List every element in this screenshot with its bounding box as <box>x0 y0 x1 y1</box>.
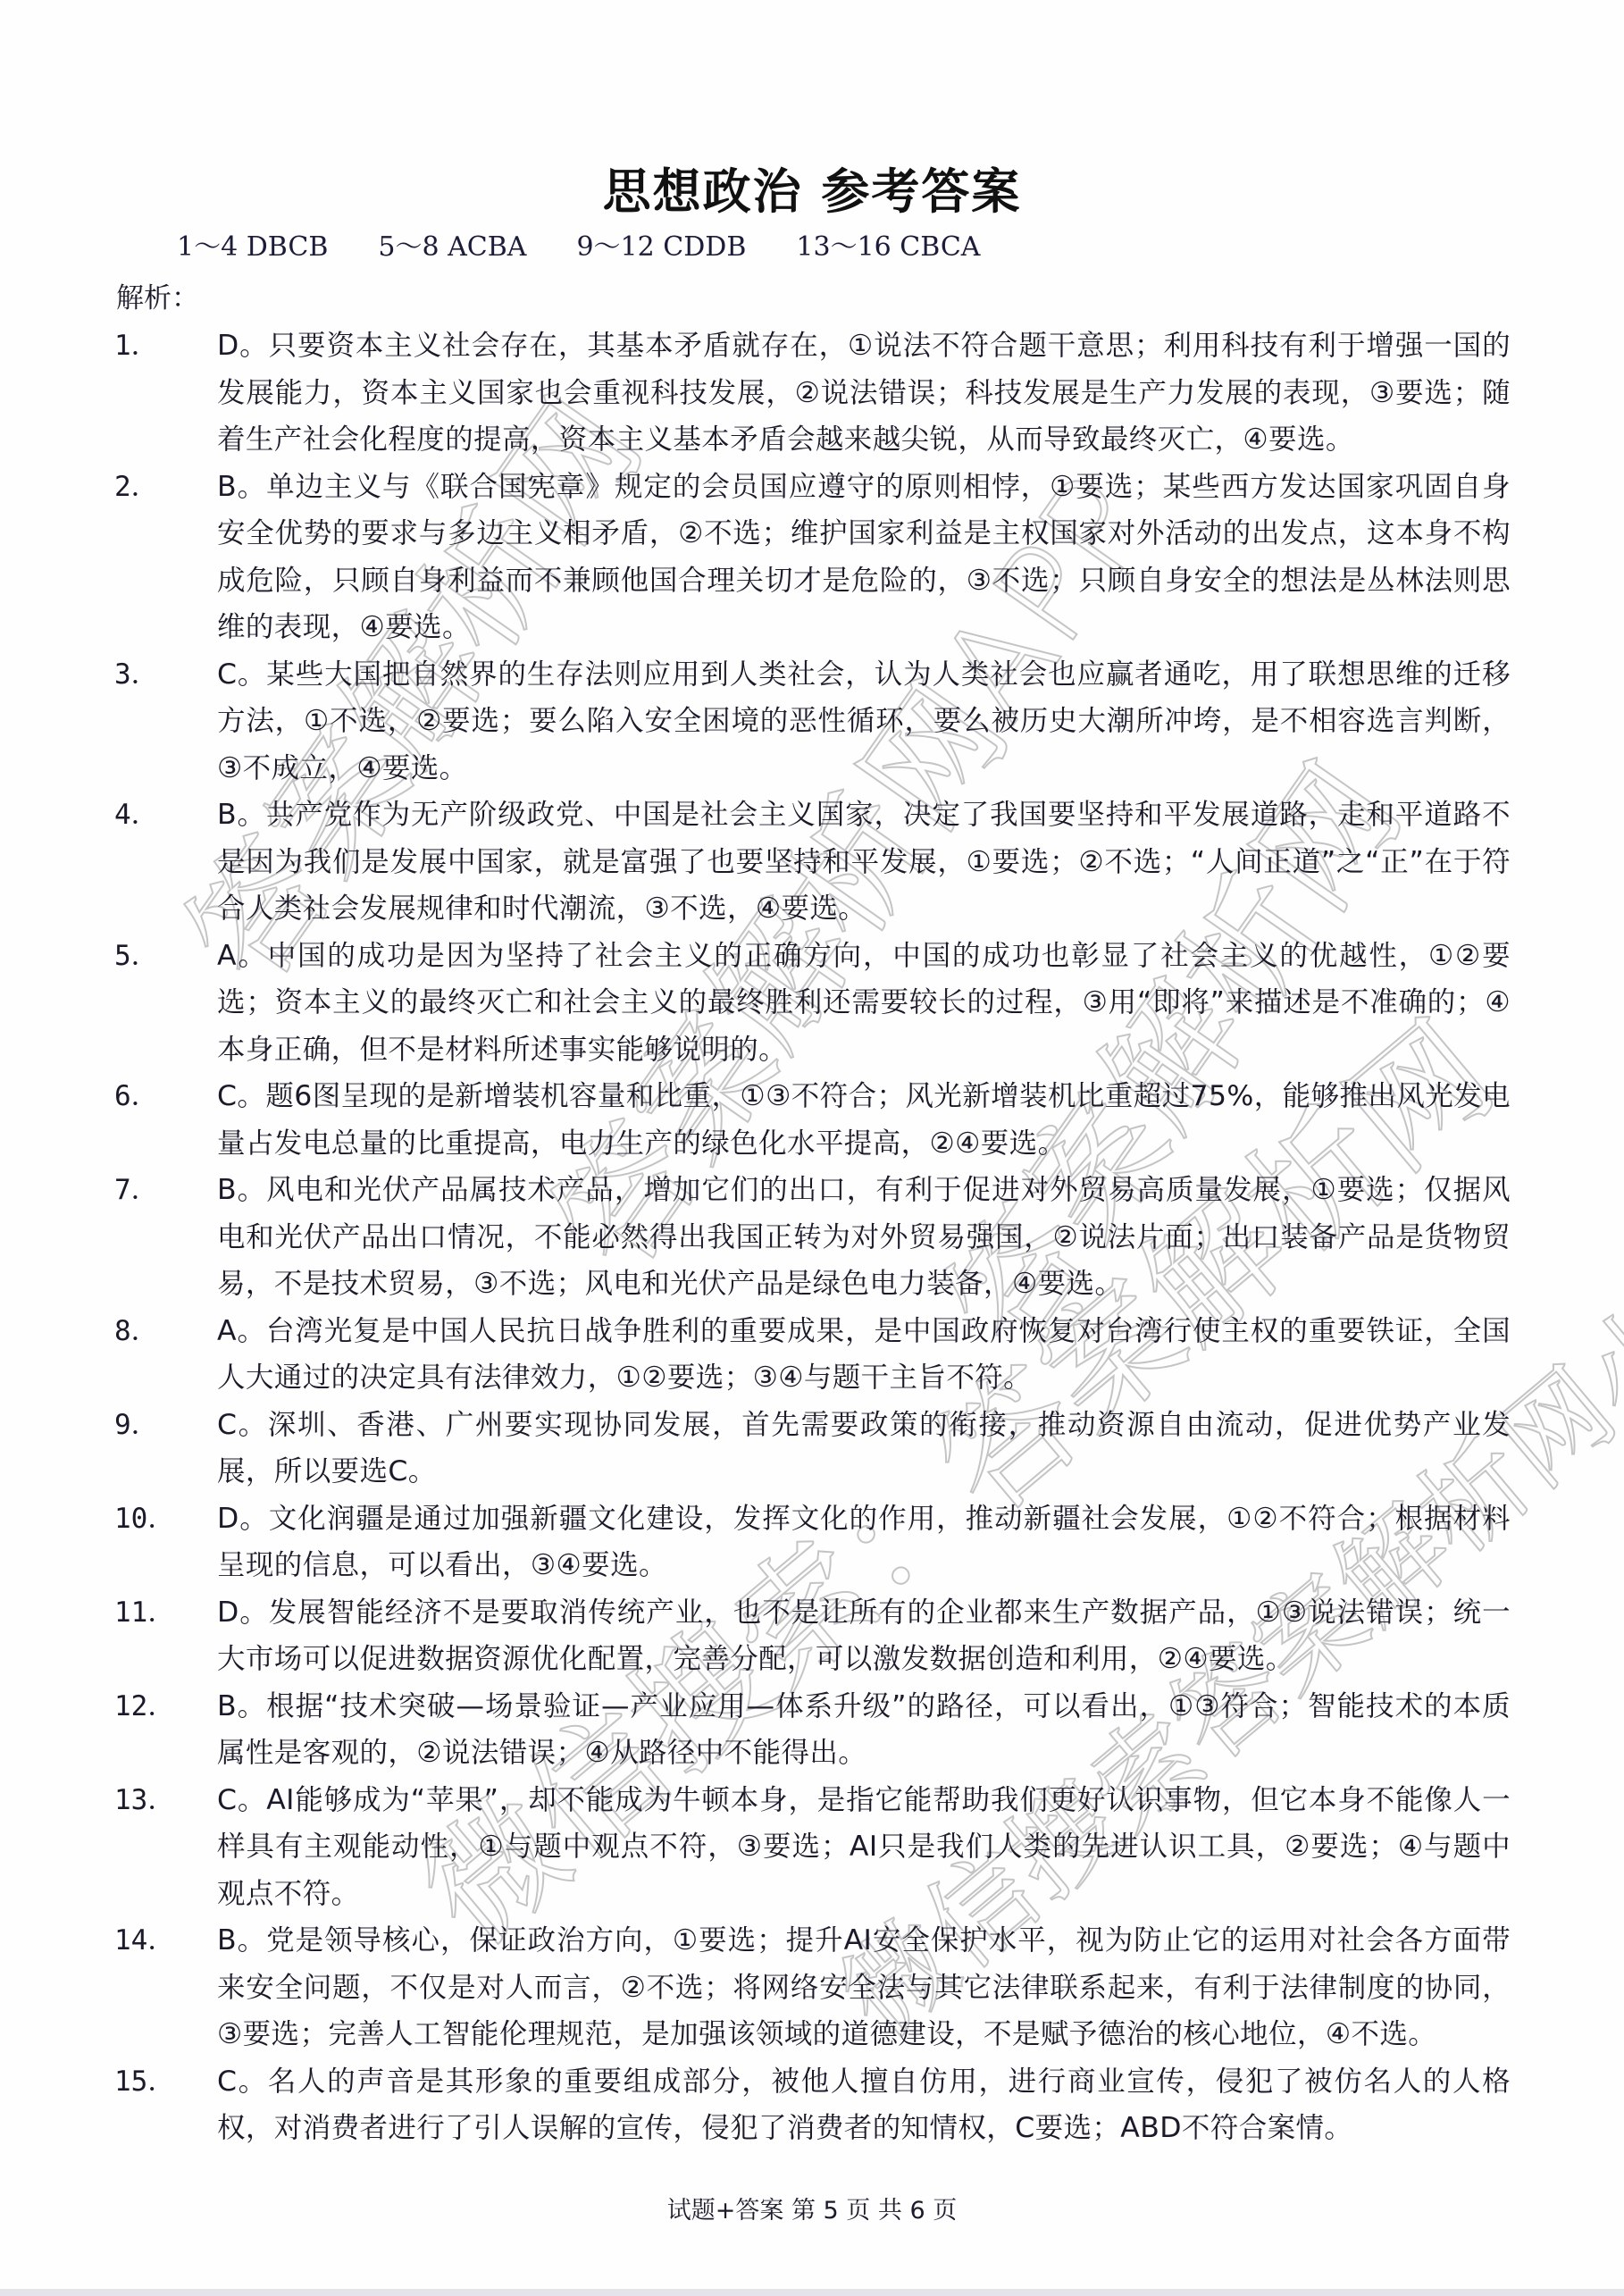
item-text: D。文化润疆是通过加强新疆文化建设，发挥文化的作用，推动新疆社会发展，①②不符合… <box>217 1496 1511 1589</box>
item-number: 13． <box>0 1777 217 1918</box>
item-number: 3． <box>0 651 217 792</box>
analysis-item: 12．B。根据“技术突破—场景验证—产业应用—体系升级”的路径，可以看出，①③符… <box>0 1683 1624 1777</box>
document-page: 答案解析网 答案解析网APP 答案解析网 微信搜索：答案解析网 微信搜索答案解析… <box>0 0 1624 2287</box>
item-text: B。风电和光伏产品属技术产品，增加它们的出口，有利于促进对外贸易高质量发展，①要… <box>217 1167 1511 1308</box>
item-number: 2． <box>0 464 217 651</box>
item-number: 14． <box>0 1917 217 2058</box>
item-number: 1． <box>0 323 217 464</box>
analysis-item: 6．C。题6图呈现的是新增装机容量和比重，①③不符合；风光新增装机比重超过75%… <box>0 1073 1624 1167</box>
page-title: 思想政治 参考答案 <box>0 161 1624 223</box>
analysis-item: 9．C。深圳、香港、广州要实现协同发展，首先需要政策的衔接，推动资源自由流动，促… <box>0 1402 1624 1496</box>
analysis-heading: 解析： <box>116 279 199 318</box>
analysis-item: 8．A。台湾光复是中国人民抗日战争胜利的重要成果，是中国政府恢复对台湾行使主权的… <box>0 1308 1624 1402</box>
analysis-item: 10．D。文化润疆是通过加强新疆文化建设，发挥文化的作用，推动新疆社会发展，①②… <box>0 1496 1624 1589</box>
analysis-item: 7．B。风电和光伏产品属技术产品，增加它们的出口，有利于促进对外贸易高质量发展，… <box>0 1167 1624 1308</box>
item-number: 5． <box>0 933 217 1074</box>
item-text: C。题6图呈现的是新增装机容量和比重，①③不符合；风光新增装机比重超过75%，能… <box>217 1073 1511 1167</box>
item-number: 8． <box>0 1308 217 1402</box>
analysis-item: 11．D。发展智能经济不是要取消传统产业，也不是让所有的企业都来生产数据产品，①… <box>0 1589 1624 1683</box>
item-text: B。党是领导核心，保证政治方向，①要选；提升AI安全保护水平，视为防止它的运用对… <box>217 1917 1511 2058</box>
item-text: D。发展智能经济不是要取消传统产业，也不是让所有的企业都来生产数据产品，①③说法… <box>217 1589 1511 1683</box>
item-text: D。只要资本主义社会存在，其基本矛盾就存在，①说法不符合题干意思；利用科技有利于… <box>217 323 1511 464</box>
item-number: 11． <box>0 1589 217 1683</box>
answer-group: 5～8 ACBA <box>378 228 526 267</box>
page-bottom-edge <box>0 2289 1624 2296</box>
item-text: A。台湾光复是中国人民抗日战争胜利的重要成果，是中国政府恢复对台湾行使主权的重要… <box>217 1308 1511 1402</box>
item-number: 7． <box>0 1167 217 1308</box>
item-number: 9． <box>0 1402 217 1496</box>
item-text: B。单边主义与《联合国宪章》规定的会员国应遵守的原则相悖，①要选；某些西方发达国… <box>217 464 1511 651</box>
analysis-item: 13．C。AI能够成为“苹果”，却不能成为牛顿本身，是指它能帮助我们更好认识事物… <box>0 1777 1624 1918</box>
item-number: 4． <box>0 792 217 933</box>
item-number: 15． <box>0 2058 217 2152</box>
answer-key-row: 1～4 DBCB 5～8 ACBA 9～12 CDDB 13～16 CBCA <box>177 228 980 267</box>
item-text: A。中国的成功是因为坚持了社会主义的正确方向，中国的成功也彰显了社会主义的优越性… <box>217 933 1511 1074</box>
item-number: 6． <box>0 1073 217 1167</box>
item-text: C。深圳、香港、广州要实现协同发展，首先需要政策的衔接，推动资源自由流动，促进优… <box>217 1402 1511 1496</box>
item-text: C。名人的声音是其形象的重要组成部分，被他人擅自仿用，进行商业宣传，侵犯了被仿名… <box>217 2058 1511 2152</box>
answer-group: 1～4 DBCB <box>177 228 328 267</box>
item-text: B。共产党作为无产阶级政党、中国是社会主义国家，决定了我国要坚持和平发展道路，走… <box>217 792 1511 933</box>
analysis-item: 15．C。名人的声音是其形象的重要组成部分，被他人擅自仿用，进行商业宣传，侵犯了… <box>0 2058 1624 2152</box>
answer-group: 13～16 CBCA <box>796 228 980 267</box>
item-number: 12． <box>0 1683 217 1777</box>
analysis-item: 4．B。共产党作为无产阶级政党、中国是社会主义国家，决定了我国要坚持和平发展道路… <box>0 792 1624 933</box>
item-text: C。AI能够成为“苹果”，却不能成为牛顿本身，是指它能帮助我们更好认识事物，但它… <box>217 1777 1511 1918</box>
analysis-item: 5．A。中国的成功是因为坚持了社会主义的正确方向，中国的成功也彰显了社会主义的优… <box>0 933 1624 1074</box>
item-text: C。某些大国把自然界的生存法则应用到人类社会，认为人类社会也应赢者通吃，用了联想… <box>217 651 1511 792</box>
item-text: B。根据“技术突破—场景验证—产业应用—体系升级”的路径，可以看出，①③符合；智… <box>217 1683 1511 1777</box>
item-number: 10． <box>0 1496 217 1589</box>
analysis-item: 14．B。党是领导核心，保证政治方向，①要选；提升AI安全保护水平，视为防止它的… <box>0 1917 1624 2058</box>
analysis-list: 1．D。只要资本主义社会存在，其基本矛盾就存在，①说法不符合题干意思；利用科技有… <box>0 323 1624 2152</box>
analysis-item: 1．D。只要资本主义社会存在，其基本矛盾就存在，①说法不符合题干意思；利用科技有… <box>0 323 1624 464</box>
analysis-item: 2．B。单边主义与《联合国宪章》规定的会员国应遵守的原则相悖，①要选；某些西方发… <box>0 464 1624 651</box>
analysis-item: 3．C。某些大国把自然界的生存法则应用到人类社会，认为人类社会也应赢者通吃，用了… <box>0 651 1624 792</box>
answer-group: 9～12 CDDB <box>576 228 746 267</box>
page-footer: 试题+答案 第 5 页 共 6 页 <box>0 2193 1624 2229</box>
